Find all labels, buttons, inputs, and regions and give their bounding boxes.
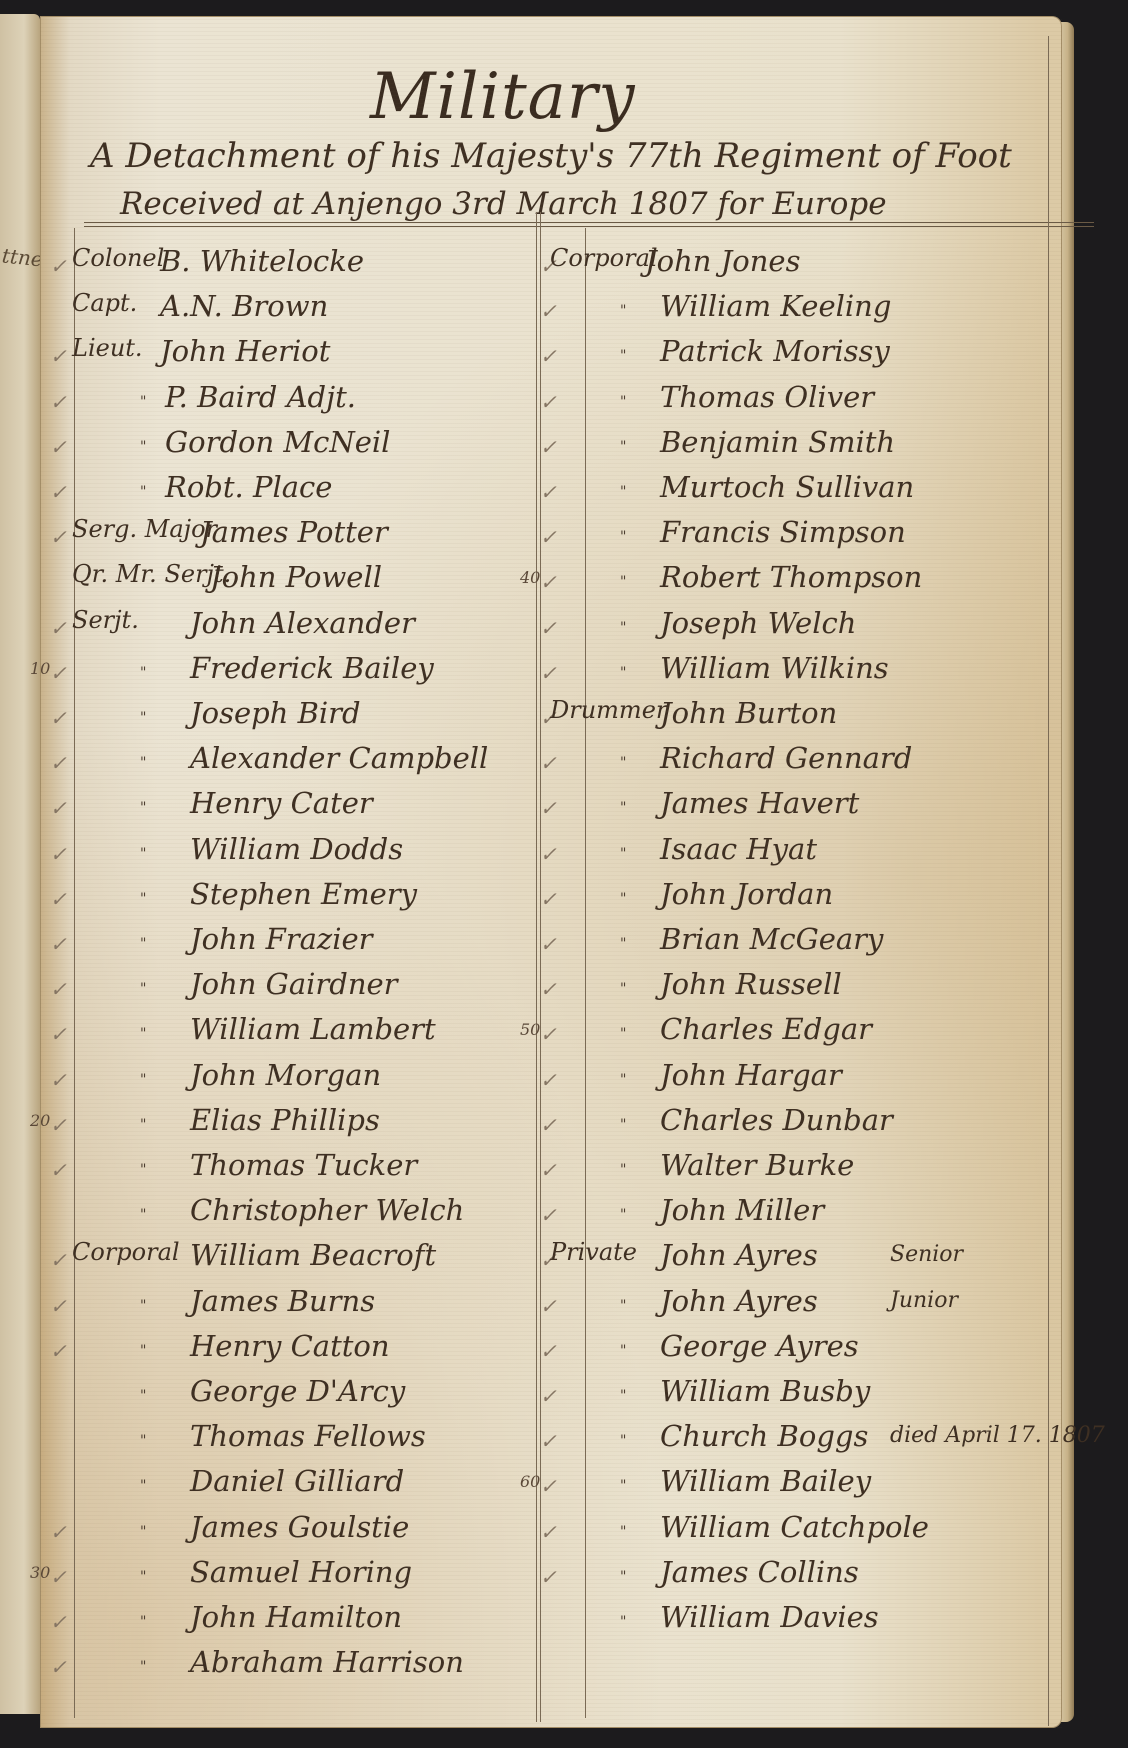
checkmark-icon: ✓ [50,1610,67,1634]
checkmark-icon: ✓ [50,842,67,866]
soldier-name: Francis Simpson [660,515,906,549]
entry-count-number: 10 [30,659,50,678]
checkmark-icon: ✓ [50,887,67,911]
checkmark-icon: ✓ [50,1339,67,1363]
checkmark-icon: ✓ [540,299,557,323]
checkmark-icon: ✓ [50,977,67,1001]
soldier-name: Samuel Horing [190,1555,412,1589]
checkmark-icon: ✓ [50,390,67,414]
roster-entry: 40 ✓ " Robert Thompson [550,560,1050,604]
checkmark-icon: ✓ [540,1022,557,1046]
roster-entry: ✓ " Benjamin Smith [550,425,1050,469]
checkmark-icon: ✓ [540,390,557,414]
roster-entry: " Thomas Fellows [60,1419,530,1463]
soldier-name: George Ayres [660,1329,859,1363]
checkmark-icon: ✓ [540,1113,557,1137]
roster-entry: 50 ✓ " Charles Edgar [550,1012,1050,1056]
rank-label: " [140,800,146,816]
rank-label: " [140,1026,146,1042]
header-rule-top [84,222,1094,223]
rank-label: " [620,800,626,816]
rank-label: " [620,1433,626,1449]
rank-label: " [620,981,626,997]
roster-entry: ✓ " John Jordan [550,877,1050,921]
soldier-name: William Lambert [190,1012,436,1046]
rank-label: " [140,1659,146,1675]
soldier-name: Walter Burke [660,1148,854,1182]
checkmark-icon: ✓ [540,1384,557,1408]
soldier-name: James Potter [200,515,388,549]
checkmark-icon: ✓ [540,842,557,866]
soldier-name: John Gairdner [190,967,398,1001]
rank-label: " [620,1569,626,1585]
checkmark-icon: ✓ [50,661,67,685]
rank-label: " [140,394,146,410]
rank-label: " [620,348,626,364]
soldier-name: Charles Edgar [660,1012,872,1046]
roster-entry: ✓ Private John Ayres Senior [550,1238,1050,1282]
soldier-name: John Morgan [190,1058,381,1092]
checkmark-icon: ✓ [540,435,557,459]
roster-entry: ✓ " Brian McGeary [550,922,1050,966]
rank-label: " [620,574,626,590]
rank-label: " [620,303,626,319]
soldier-name: Henry Cater [190,786,373,820]
roster-entry: ✓ " William Wilkins [550,651,1050,695]
soldier-name: Charles Dunbar [660,1103,893,1137]
soldier-name: William Beacroft [190,1238,436,1272]
soldier-name: Robt. Place [165,470,332,504]
checkmark-icon: ✓ [50,1113,67,1137]
checkmark-icon: ✓ [50,932,67,956]
heading-line-1: A Detachment of his Majesty's 77th Regim… [90,136,1012,176]
rank-label: " [140,1524,146,1540]
rank-label: Serjt. [72,606,139,634]
checkmark-icon: ✓ [50,751,67,775]
entry-note: Senior [890,1242,963,1267]
roster-entry: ✓ " John Russell [550,967,1050,1011]
rank-label: " [620,1478,626,1494]
soldier-name: John Ayres [660,1238,818,1272]
rank-label: " [140,1117,146,1133]
soldier-name: James Goulstie [190,1510,409,1544]
checkmark-icon: ✓ [50,1022,67,1046]
rank-label: " [140,1207,146,1223]
rank-label: Serg. Major [72,515,217,543]
roster-entry: ✓ " Walter Burke [550,1148,1050,1192]
checkmark-icon: ✓ [540,1474,557,1498]
roster-entry: ✓ " Thomas Tucker [60,1148,530,1192]
roster-entry: 10 ✓ " Frederick Bailey [60,651,530,695]
checkmark-icon: ✓ [540,796,557,820]
rank-label: Lieut. [72,334,143,362]
checkmark-icon: ✓ [540,751,557,775]
soldier-name: Joseph Bird [190,696,361,730]
roster-entry: ✓ " Henry Catton [60,1329,530,1373]
rank-label: " [140,710,146,726]
rank-label: " [140,1162,146,1178]
checkmark-icon: ✓ [540,480,557,504]
soldier-name: John Miller [660,1193,824,1227]
soldier-name: Murtoch Sullivan [660,470,914,504]
heading-line-2: Received at Anjengo 3rd March 1807 for E… [120,186,887,222]
soldier-name: George D'Arcy [190,1374,405,1408]
roster-entry: ✓ " Francis Simpson [550,515,1050,559]
roster-entry: ✓ " John Frazier [60,922,530,966]
roster-entry: ✓ " Abraham Harrison [60,1645,530,1689]
checkmark-icon: ✓ [50,480,67,504]
entry-count-number: 60 [520,1472,540,1491]
rank-label: " [620,1117,626,1133]
rank-label: " [140,936,146,952]
checkmark-icon: ✓ [50,1158,67,1182]
rank-label: " [620,484,626,500]
roster-entry: " Daniel Gilliard [60,1464,530,1508]
checkmark-icon: ✓ [540,570,557,594]
roster-entry: ✓ " Gordon McNeil [60,425,530,469]
roster-entry: " Christopher Welch [60,1193,530,1237]
checkmark-icon: ✓ [50,1248,67,1272]
roster-entry: ✓ Serg. Major James Potter [60,515,530,559]
entry-note: Junior [890,1288,958,1313]
rank-label: " [140,1478,146,1494]
soldier-name: William Bailey [660,1464,871,1498]
rank-label: " [620,1072,626,1088]
soldier-name: Stephen Emery [190,877,417,911]
rank-label: " [140,484,146,500]
roster-entry: ✓ Corporal William Beacroft [60,1238,530,1282]
checkmark-icon: ✓ [50,1068,67,1092]
soldier-name: Abraham Harrison [190,1645,464,1679]
checkmark-icon: ✓ [50,1294,67,1318]
soldier-name: Thomas Oliver [660,380,874,414]
roster-entry: ✓ " George Ayres [550,1329,1050,1373]
soldier-name: James Collins [660,1555,859,1589]
facing-page-edge: ttney [0,14,40,1714]
rank-label: " [620,891,626,907]
rank-label: Private [550,1238,637,1266]
roster-entry: ✓ " Church Boggs died April 17. 1807 [550,1419,1050,1463]
checkmark-icon: ✓ [50,435,67,459]
soldier-name: Christopher Welch [190,1193,464,1227]
rank-label: Colonel [72,244,164,272]
checkmark-icon: ✓ [540,1520,557,1544]
soldier-name: Thomas Tucker [190,1148,417,1182]
checkmark-icon: ✓ [50,796,67,820]
roster-entry: ✓ " John Hargar [550,1058,1050,1102]
soldier-name: Richard Gennard [660,741,912,775]
roster-entry: 20 ✓ " Elias Phillips [60,1103,530,1147]
roster-entry: ✓ " John Gairdner [60,967,530,1011]
soldier-name: John Heriot [160,334,330,368]
soldier-name: Patrick Morissy [660,334,890,368]
roster-entry: ✓ Corporal John Jones [550,244,1050,288]
rank-label: " [620,1162,626,1178]
checkmark-icon: ✓ [50,1565,67,1589]
roster-entry: ✓ " P. Baird Adjt. [60,380,530,424]
roster-entry: ✓ " Thomas Oliver [550,380,1050,424]
roster-entry: " William Davies [550,1600,1050,1644]
entry-count-number: 50 [520,1020,540,1039]
roster-entry: ✓ " John Morgan [60,1058,530,1102]
checkmark-icon: ✓ [540,977,557,1001]
roster-entry: ✓ " John Hamilton [60,1600,530,1644]
roster-entry: ✓ Colonel B. Whitelocke [60,244,530,288]
checkmark-icon: ✓ [50,706,67,730]
soldier-name: John Hargar [660,1058,842,1092]
roster-entry: ✓ " William Busby [550,1374,1050,1418]
soldier-name: John Jordan [660,877,833,911]
soldier-name: Brian McGeary [660,922,883,956]
roster-entry: ✓ " James Goulstie [60,1510,530,1554]
soldier-name: John Burton [660,696,837,730]
checkmark-icon: ✓ [540,525,557,549]
soldier-name: John Jones [645,244,800,278]
rank-label: " [140,755,146,771]
soldier-name: John Powell [210,560,382,594]
soldier-name: Daniel Gilliard [190,1464,404,1498]
rank-label: " [620,620,626,636]
roster-entry: Capt. A.N. Brown [60,289,530,333]
rank-label: " [620,936,626,952]
roster-entry: ✓ " James Collins [550,1555,1050,1599]
rank-label: " [140,1569,146,1585]
rank-label: " [140,1343,146,1359]
soldier-name: John Hamilton [190,1600,402,1634]
roster-entry: ✓ " Joseph Bird [60,696,530,740]
rank-label: " [620,1388,626,1404]
soldier-name: Benjamin Smith [660,425,895,459]
roster-entry: ✓ " John Miller [550,1193,1050,1237]
soldier-name: John Alexander [190,606,415,640]
roster-entry: ✓ Drummer John Burton [550,696,1050,740]
soldier-name: Joseph Welch [660,606,856,640]
soldier-name: William Davies [660,1600,879,1634]
checkmark-icon: ✓ [50,1520,67,1544]
rank-label: Corporal [550,244,658,272]
rank-label: " [140,981,146,997]
soldier-name: William Wilkins [660,651,889,685]
roster-entry: ✓ Lieut. John Heriot [60,334,530,378]
rank-label: " [620,1343,626,1359]
roster-entry: ✓ " James Havert [550,786,1050,830]
soldier-name: William Catchpole [660,1510,929,1544]
soldier-name: Frederick Bailey [190,651,434,685]
rank-label: Corporal [72,1238,180,1266]
rank-label: " [620,1524,626,1540]
rank-label: " [620,755,626,771]
soldier-name: John Ayres [660,1284,818,1318]
soldier-name: James Havert [660,786,859,820]
rank-label: " [140,1298,146,1314]
rank-label: " [620,846,626,862]
roster-entry: ✓ " Stephen Emery [60,877,530,921]
soldier-name: Elias Phillips [190,1103,380,1137]
soldier-name: Alexander Campbell [190,741,488,775]
checkmark-icon: ✓ [50,1655,67,1679]
soldier-name: William Keeling [660,289,891,323]
checkmark-icon: ✓ [540,1429,557,1453]
roster-entry: ✓ " William Lambert [60,1012,530,1056]
soldier-name: Church Boggs [660,1419,868,1453]
rank-label: " [140,846,146,862]
rank-label: Qr. Mr. Serjt. [72,560,231,588]
checkmark-icon: ✓ [540,1339,557,1363]
rank-label: " [620,1207,626,1223]
roster-entry: ✓ " Joseph Welch [550,606,1050,650]
entry-count-number: 30 [30,1563,50,1582]
roster-entry: ✓ " Isaac Hyat [550,832,1050,876]
soldier-name: B. Whitelocke [160,244,364,278]
roster-entry: ✓ " Alexander Campbell [60,741,530,785]
rank-label: " [620,529,626,545]
roster-entry: 30 ✓ " Samuel Horing [60,1555,530,1599]
rank-label: Drummer [550,696,667,724]
soldier-name: A.N. Brown [160,289,328,323]
checkmark-icon: ✓ [50,616,67,640]
rank-label: " [140,1433,146,1449]
rank-label: " [620,1614,626,1630]
roster-entry: 60 ✓ " William Bailey [550,1464,1050,1508]
checkmark-icon: ✓ [50,525,67,549]
rank-label: " [620,439,626,455]
soldier-name: Thomas Fellows [190,1419,426,1453]
checkmark-icon: ✓ [540,616,557,640]
checkmark-icon: ✓ [540,1203,557,1227]
ledger-page: Military A Detachment of his Majesty's 7… [40,16,1062,1728]
checkmark-icon: ✓ [540,887,557,911]
rank-label: Capt. [72,289,137,317]
rank-label: " [140,665,146,681]
checkmark-icon: ✓ [50,344,67,368]
soldier-name: William Busby [660,1374,870,1408]
roster-entry: ✓ " William Catchpole [550,1510,1050,1554]
checkmark-icon: ✓ [540,1068,557,1092]
entry-note: died April 17. 1807 [890,1423,1105,1448]
rank-label: " [140,439,146,455]
rank-label: " [620,665,626,681]
roster-entry: ✓ " William Keeling [550,289,1050,333]
rank-label: " [140,891,146,907]
checkmark-icon: ✓ [50,254,67,278]
roster-entry: " George D'Arcy [60,1374,530,1418]
checkmark-icon: ✓ [540,1565,557,1589]
rank-label: " [620,394,626,410]
soldier-name: Isaac Hyat [660,832,817,866]
rank-label: " [620,1026,626,1042]
entry-count-number: 40 [520,568,540,587]
roster-entry: ✓ Serjt. John Alexander [60,606,530,650]
roster-entry: ✓ " John Ayres Junior [550,1284,1050,1328]
checkmark-icon: ✓ [540,1294,557,1318]
roster-entry: ✓ " Henry Cater [60,786,530,830]
roster-entry: ✓ " Charles Dunbar [550,1103,1050,1147]
soldier-name: Henry Catton [190,1329,390,1363]
rank-label: " [140,1614,146,1630]
soldier-name: Gordon McNeil [165,425,390,459]
soldier-name: John Frazier [190,922,373,956]
checkmark-icon: ✓ [540,1158,557,1182]
roster-entry: ✓ " James Burns [60,1284,530,1328]
roster-entry: Qr. Mr. Serjt. John Powell [60,560,530,604]
checkmark-icon: ✓ [540,344,557,368]
soldier-name: James Burns [190,1284,375,1318]
soldier-name: Robert Thompson [660,560,922,594]
soldier-name: P. Baird Adjt. [165,380,356,414]
rank-label: " [140,1072,146,1088]
roster-entry: ✓ " Patrick Morissy [550,334,1050,378]
page-title: Military [370,60,636,134]
rank-label: " [620,1298,626,1314]
entry-count-number: 20 [30,1111,50,1130]
checkmark-icon: ✓ [540,661,557,685]
soldier-name: John Russell [660,967,842,1001]
center-divider-line [536,212,537,1722]
roster-entry: ✓ " Robt. Place [60,470,530,514]
soldier-name: William Dodds [190,832,403,866]
rank-label: " [140,1388,146,1404]
header-rule-bottom [84,226,1094,227]
checkmark-icon: ✓ [540,932,557,956]
roster-entry: ✓ " William Dodds [60,832,530,876]
roster-entry: ✓ " Murtoch Sullivan [550,470,1050,514]
roster-entry: ✓ " Richard Gennard [550,741,1050,785]
